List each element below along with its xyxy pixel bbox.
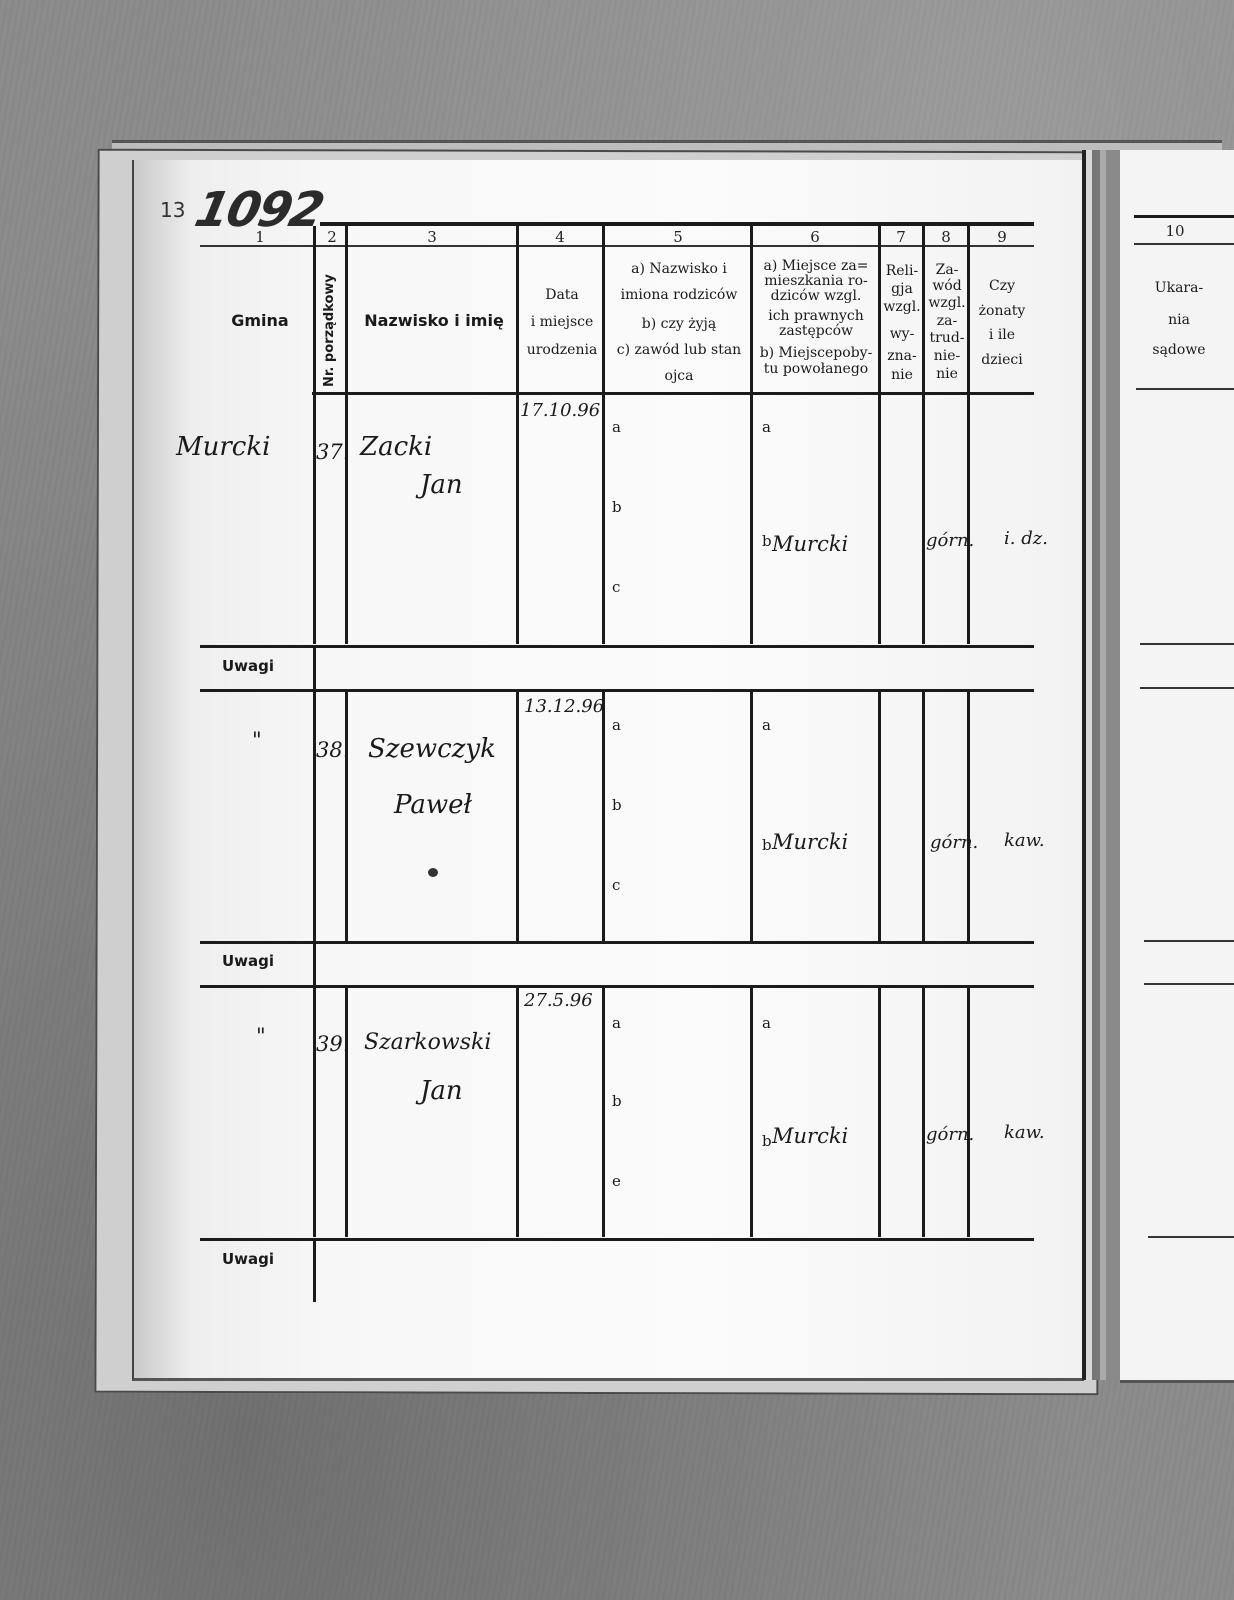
header-col6-line: a) Miejsce za= [752,259,880,274]
remarks-label: Uwagi [222,952,274,970]
col10-top-rule [1134,215,1234,218]
cell-surname: Zacki [360,432,432,462]
cell-occupation: górn. [926,530,974,551]
cell-nr: 38. [316,738,349,762]
col-divider [313,226,316,394]
header-col4-line: Data [520,287,604,304]
header-col4-line: urodzenia [518,342,606,359]
header-col8-line: wód [924,278,970,295]
col-divider [750,691,753,941]
row-bottom-rule [200,1238,1034,1241]
column-number-5: 5 [668,228,688,246]
col10-rule [1148,1236,1234,1238]
col-divider [922,394,925,644]
col-divider [345,226,348,394]
cell-occupation: górn. [930,832,978,853]
col-divider [878,987,881,1237]
header-nazwisko-imie: Nazwisko i imię [350,312,518,329]
ink-blot [428,868,438,877]
remarks-divider [313,943,316,985]
sub-label-a: a [762,1014,771,1032]
table-top-rule [320,222,1034,226]
corner-note: 13 [160,198,185,222]
remarks-label: Uwagi [222,657,274,675]
col-divider [602,987,605,1237]
col-divider [750,226,753,394]
header-col8-line: za- [924,313,970,330]
sub-label-b: b [612,796,622,814]
cell-occupation: górn. [926,1124,974,1145]
sub-label-a: a [762,716,771,734]
col10-rule [1144,983,1234,985]
remarks-divider [313,1240,316,1302]
row-bottom-rule [200,941,1034,944]
header-col7-line: gja [880,281,924,298]
col10-rule [1140,687,1234,689]
sub-label-b: b [762,1132,772,1150]
header-col6-line: zastępców [752,324,880,339]
cell-married-children: i. dz. [1004,528,1048,549]
cell-nr: 39. [316,1032,349,1056]
header-col6-line: mieszkania ro- [752,274,880,289]
sub-label-c: c [612,578,620,596]
col-divider [313,394,316,644]
cell-surname: Szewczyk [368,734,496,764]
column-number-6: 6 [805,228,825,246]
header-col7-line: wy- [880,326,924,343]
col-divider [967,987,970,1237]
header-bottom-rule [312,392,1034,395]
sub-label-b: b [762,532,772,550]
header-col7-line: wzgl. [880,299,924,316]
col-divider [750,394,753,644]
col-divider [602,394,605,644]
row-bottom-rule [200,645,1034,648]
header-nr-porzadkowy: Nr. porządkowy [322,252,337,387]
header-col7-line: zna- [880,348,924,365]
header-gmina: Gmina [210,312,310,329]
remarks-bottom-rule [200,689,1034,692]
cell-gmina: " [252,728,262,752]
col-divider [967,226,970,394]
cell-residence: Murcki [772,1124,848,1148]
col10-rule [1140,643,1234,645]
header-col9-line: Czy [970,278,1034,295]
col-divider [878,691,881,941]
cell-birth-date: 13.12.96 [524,696,604,717]
header-col6-line: ich prawnych [752,309,880,324]
col-divider [345,691,348,941]
cell-given-name: Jan [420,470,463,500]
remarks-label: Uwagi [222,1250,274,1268]
header-col8-line: Za- [924,262,970,279]
header-col6-line: b) Miejscepoby- [752,346,880,361]
col-divider [516,691,519,941]
header-col10-line: sądowe [1134,342,1224,359]
column-number-10: 10 [1160,222,1190,240]
header-col8-line: wzgl. [924,295,970,312]
sub-label-a: a [612,716,621,734]
header-col10-line: Ukara- [1134,280,1224,297]
col-divider [516,987,519,1237]
cell-residence: Murcki [772,532,848,556]
column-number-7: 7 [891,228,911,246]
col-divider [922,691,925,941]
book-spine [1082,150,1122,1380]
col-divider [313,987,316,1237]
header-col4-line: i miejsce [520,314,604,331]
header-col8-line: nie [924,366,970,383]
header-col5-line: a) Nazwisko i [606,261,752,278]
col-divider [922,987,925,1237]
header-col5-line: ojca [606,368,752,385]
header-col5-line: c) zawód lub stan [604,342,754,359]
cell-nr: 37. [316,440,349,464]
sub-label-b: b [612,1092,622,1110]
cell-residence: Murcki [772,830,848,854]
column-number-1: 1 [250,228,270,246]
cell-surname: Szarkowski [364,1030,491,1055]
header-col8-line: nie- [924,348,970,365]
column-number-3: 3 [422,228,442,246]
facing-page [1120,150,1234,1383]
sub-label-c: e [612,1172,621,1190]
col-divider [878,226,881,394]
header-col5-line: imiona rodziców [606,287,752,304]
col-divider [516,226,519,394]
header-col8-line: trud- [924,330,970,347]
col-divider [750,987,753,1237]
col10-rule [1144,940,1234,942]
col-divider [922,226,925,394]
column-number-9: 9 [992,228,1012,246]
header-col10-line: nia [1134,312,1224,329]
col-divider [878,394,881,644]
col10-header-rule [1136,388,1234,390]
cell-married-children: kaw. [1004,1122,1045,1143]
col-divider [516,394,519,644]
cell-married-children: kaw. [1004,830,1045,851]
col-divider [313,691,316,941]
cell-given-name: Jan [420,1076,463,1106]
cell-given-name: Paweł [394,790,472,820]
sub-label-a: a [762,418,771,436]
column-number-2: 2 [322,228,342,246]
header-col7-line: Reli- [880,263,924,280]
col-divider [967,394,970,644]
cell-birth-date: 17.10.96 [520,400,600,421]
sub-label-b: b [612,498,622,516]
sub-label-c: c [612,876,620,894]
col10-num-rule [1134,243,1234,245]
remarks-divider [313,647,316,689]
cell-gmina: Murcki [176,432,270,462]
column-number-8: 8 [936,228,956,246]
col-divider [345,394,348,644]
header-col5-line: b) czy żyją [606,316,752,333]
header-col7-line: nie [880,367,924,384]
sub-label-a: a [612,1014,621,1032]
header-col6-line: tu powołanego [752,362,880,377]
col-divider [602,691,605,941]
header-col9-line: żonaty [970,303,1034,320]
col-divider [602,226,605,394]
remarks-bottom-rule [200,985,1034,988]
sub-label-a: a [612,418,621,436]
col-divider [967,691,970,941]
header-col6-line: dziców wzgl. [752,289,880,304]
sub-label-b: b [762,836,772,854]
header-col9-line: i ile [970,327,1034,344]
header-col9-line: dzieci [970,352,1034,369]
cell-gmina: " [256,1024,266,1048]
cell-birth-date: 27.5.96 [524,990,593,1011]
column-number-4: 4 [550,228,570,246]
col-divider [345,987,348,1237]
